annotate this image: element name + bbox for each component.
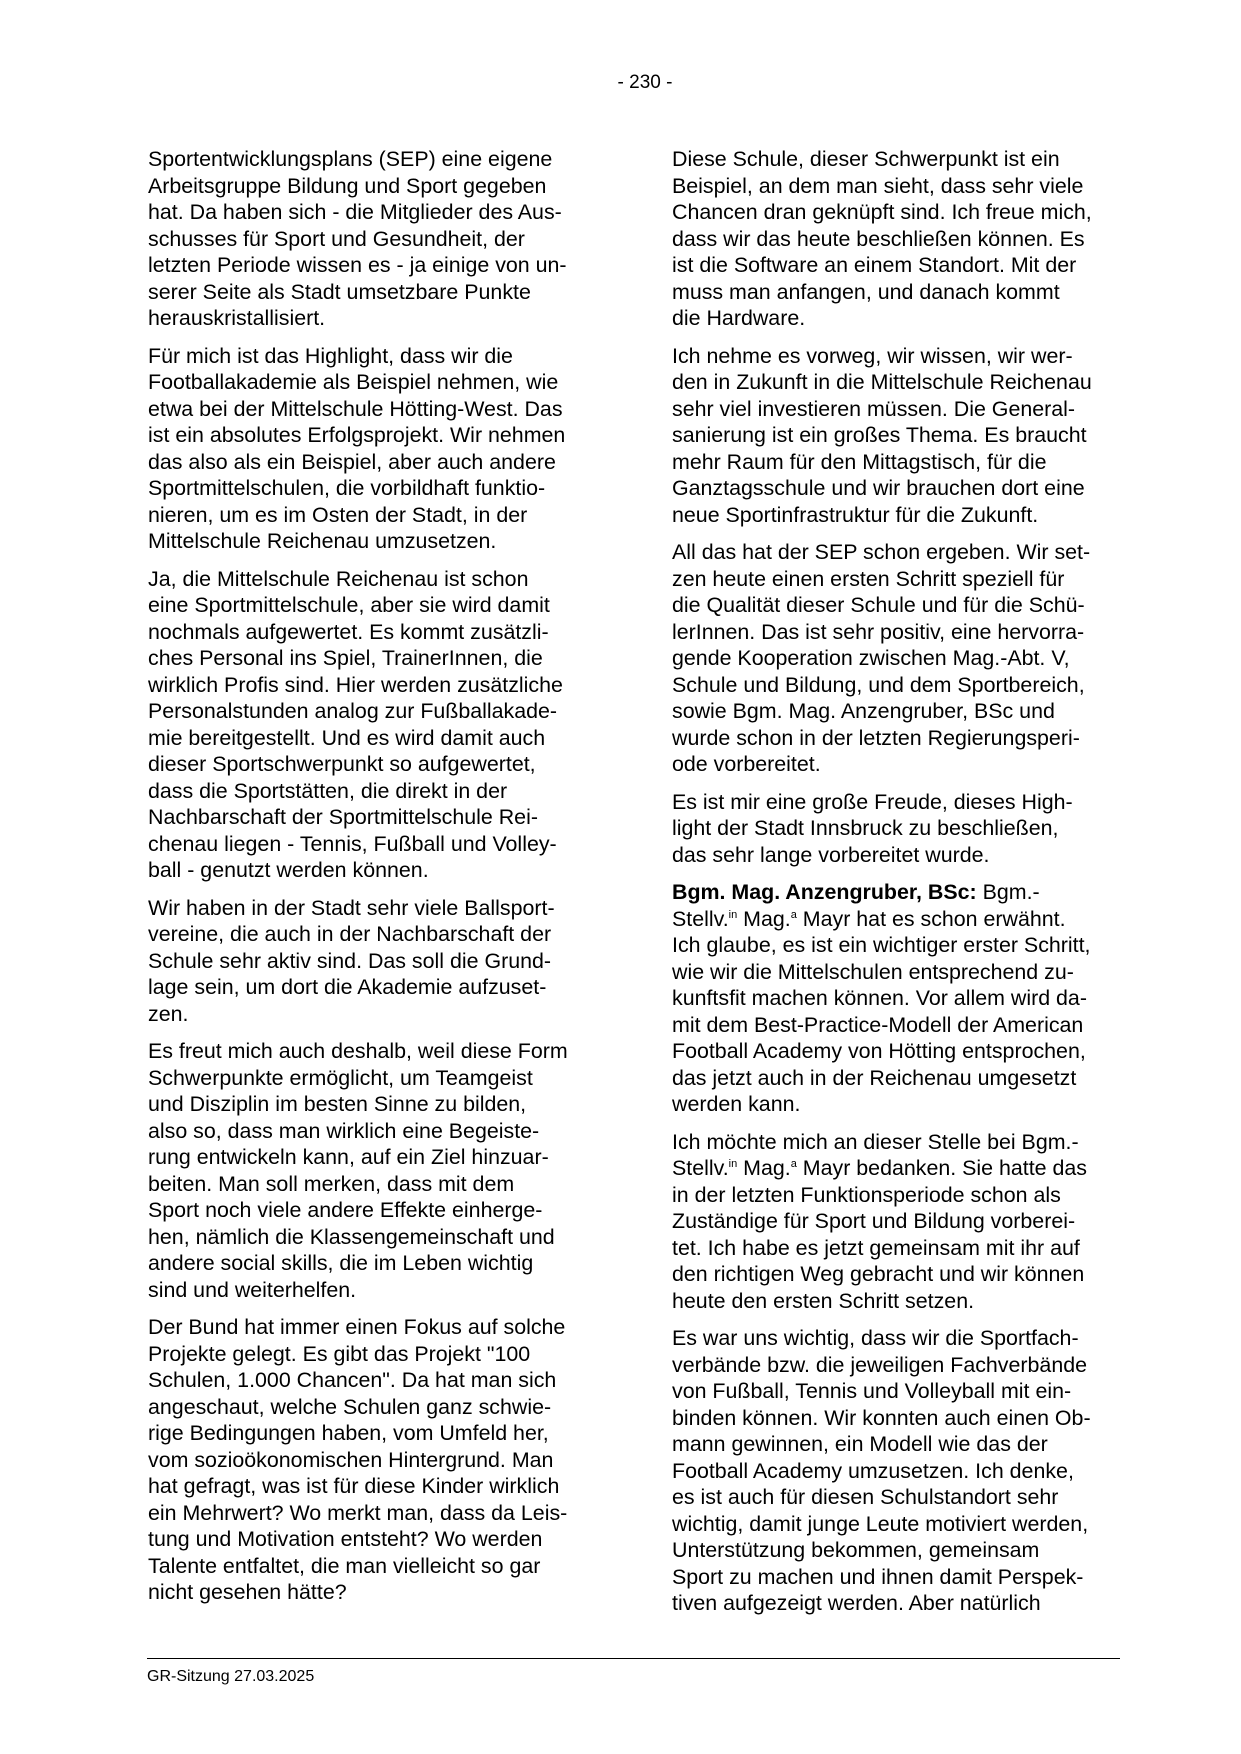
superscript: in — [729, 909, 738, 921]
paragraph: Ich möchte mich an dieser Stelle bei Bgm… — [672, 1129, 1138, 1315]
speaker-text: Mag. — [737, 907, 791, 931]
paragraph: Ja, die Mittelschule Reichenau ist schon… — [148, 566, 618, 884]
paragraph: Für mich ist das Highlight, dass wir die… — [148, 343, 618, 555]
footer-session-label: GR-Sitzung 27.03.2025 — [147, 1667, 314, 1687]
paragraph: Diese Schule, dieser Schwerpunkt ist ein… — [672, 146, 1138, 332]
speaker-text: Bgm.- — [977, 880, 1040, 904]
paragraph-text: Stellv. — [672, 1156, 729, 1180]
paragraph: Es ist mir eine große Freude, dieses Hig… — [672, 789, 1138, 869]
superscript: in — [729, 1158, 738, 1170]
speaker-name: Bgm. Mag. Anzengruber, BSc: — [672, 880, 977, 904]
paragraph: Ich nehme es vorweg, wir wissen, wir wer… — [672, 343, 1138, 529]
speaker-paragraph: Bgm. Mag. Anzengruber, BSc: Bgm.- Stellv… — [672, 879, 1138, 1118]
page-number: - 230 - — [0, 72, 1241, 94]
paragraph: Wir haben in der Stadt sehr viele Ballsp… — [148, 895, 618, 1028]
paragraph-text: Ich möchte mich an dieser Stelle bei Bgm… — [672, 1130, 1079, 1154]
paragraph: Es war uns wichtig, dass wir die Sportfa… — [672, 1325, 1138, 1617]
right-column: Diese Schule, dieser Schwerpunkt ist ein… — [672, 146, 1138, 1628]
speaker-text: Ich glaube, es ist ein wichtiger erster … — [672, 933, 1091, 1116]
speaker-text: Stellv. — [672, 907, 729, 931]
paragraph-text: Mayr bedanken. Sie hatte das — [797, 1156, 1087, 1180]
paragraph: Der Bund hat immer einen Fokus auf solch… — [148, 1314, 618, 1606]
left-column: Sportentwicklungsplans (SEP) eine eigene… — [148, 146, 618, 1617]
paragraph: All das hat der SEP schon ergeben. Wir s… — [672, 539, 1138, 778]
footer-divider — [147, 1658, 1120, 1659]
paragraph-text: Mag. — [737, 1156, 791, 1180]
paragraph: Sportentwicklungsplans (SEP) eine eigene… — [148, 146, 618, 332]
paragraph-text: in der letzten Funktionsperiode schon al… — [672, 1183, 1084, 1313]
paragraph: Es freut mich auch deshalb, weil diese F… — [148, 1038, 618, 1303]
speaker-text: Mayr hat es schon erwähnt. — [797, 907, 1066, 931]
